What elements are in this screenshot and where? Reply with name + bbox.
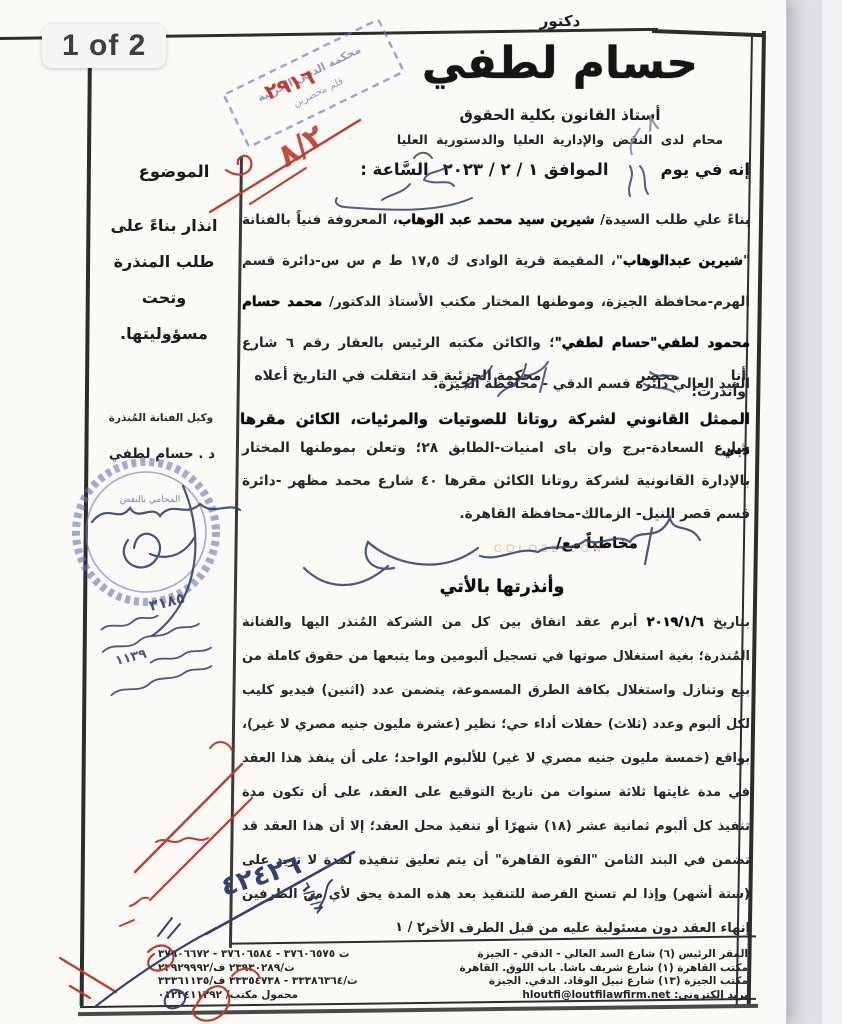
warning-paragraph: بتاريخ ٢٠١٩/١/٦ أبرم عقد اتفاق بين كل من… bbox=[242, 606, 750, 946]
date-line: إنه في يومالموافق ١ / ٢ / ٢٠٢٣السَّاعة : bbox=[242, 160, 750, 179]
notified-party-details: شارع السعادة-برج وان باى امنيات-الطابق ٢… bbox=[242, 432, 750, 531]
sidebar-subject-line: طلب المنذرة bbox=[94, 244, 234, 280]
bailiff-line: أنامحضرمحكمة الجزئية قد انتقلت في التاري… bbox=[242, 368, 746, 400]
date-line-date: الموافق ١ / ٢ / ٢٠٢٣ bbox=[443, 160, 609, 179]
letterhead-name: حسام لطفي bbox=[390, 38, 730, 89]
date-line-hour: السَّاعة : bbox=[360, 160, 428, 179]
photo-edge-band bbox=[822, 0, 842, 1024]
footer-address: مكتب الجيزة (١٣) شارع نبيل الوقاد. الدقي… bbox=[396, 975, 748, 989]
photo-watermark: COLO22.CON bbox=[494, 543, 605, 555]
footer-phones: ت/٣٣٣٨٦٣٦٤ - ٣٣٣٥٤٧٣٨ ف/٣٣٣٦١١٣٥ bbox=[158, 975, 396, 989]
footer-row: مكتب القاهرة (١) شارع شريف باشا. باب الل… bbox=[158, 962, 748, 976]
footer-address: مكتب القاهرة (١) شارع شريف باشا. باب الل… bbox=[396, 962, 748, 976]
warning-heading: وأنذرتها بالأتي bbox=[380, 577, 624, 597]
footer-address: بريد إلكتروني: hloutfi@loutfilawfirm.net bbox=[396, 989, 748, 1003]
date-line-prefix: إنه في يوم bbox=[661, 160, 750, 179]
footer-row: المقر الرئيس (٦) شارع السد العالي - الدق… bbox=[158, 948, 748, 962]
sidebar-subject-line: مسؤوليتها. bbox=[94, 316, 234, 352]
sidebar-subject-line: انذار بناءً على bbox=[94, 208, 234, 244]
screenshot-root: { "viewer": { "page_badge": "1 of 2" }, … bbox=[0, 0, 842, 1024]
sidebar-agent-label: وكيل الفنانة المُنذرة bbox=[98, 412, 224, 424]
footer-phones: ت/٢٣٩٣٠٢٨٩ ف/٢٣٩٢٩٩٩٢ bbox=[158, 962, 396, 976]
sidebar-subject-lines: انذار بناءً علىطلب المنذرةوتحتمسؤوليتها. bbox=[94, 208, 234, 352]
letterhead-title-1: أستاذ القانون بكلية الحقوق bbox=[420, 106, 700, 124]
letterhead-footer: المقر الرئيس (٦) شارع السد العالي - الدق… bbox=[158, 948, 748, 1002]
page-number: ٢ / ١ bbox=[380, 920, 440, 935]
sidebar-agent-name: د . حسام لطفي bbox=[104, 446, 220, 462]
footer-phones: محمول مكتب/ ٠١٢٢٤١١٢٩٢ bbox=[158, 989, 396, 1003]
footer-address: المقر الرئيس (٦) شارع السد العالي - الدق… bbox=[396, 948, 748, 962]
footer-row: مكتب الجيزة (١٣) شارع نبيل الوقاد. الدقي… bbox=[158, 975, 748, 989]
letterhead-doctor-label: دكتور bbox=[440, 12, 680, 30]
viewer-page-badge: 1 of 2 bbox=[42, 24, 166, 68]
footer-row: بريد إلكتروني: hloutfi@loutfilawfirm.net… bbox=[158, 989, 748, 1003]
sidebar-subject-line: وتحت bbox=[94, 280, 234, 316]
sidebar-subject-label: الموضوع bbox=[118, 162, 230, 181]
footer-phones: ت ٣٧٦٠٦٥٧٥ - ٣٧٦٠٦٥٨٤ - ٣٧٦٠٦٦٧٢ bbox=[158, 948, 396, 962]
letterhead-title-2: محام لدى النقض والإدارية العليا والدستور… bbox=[368, 132, 752, 147]
